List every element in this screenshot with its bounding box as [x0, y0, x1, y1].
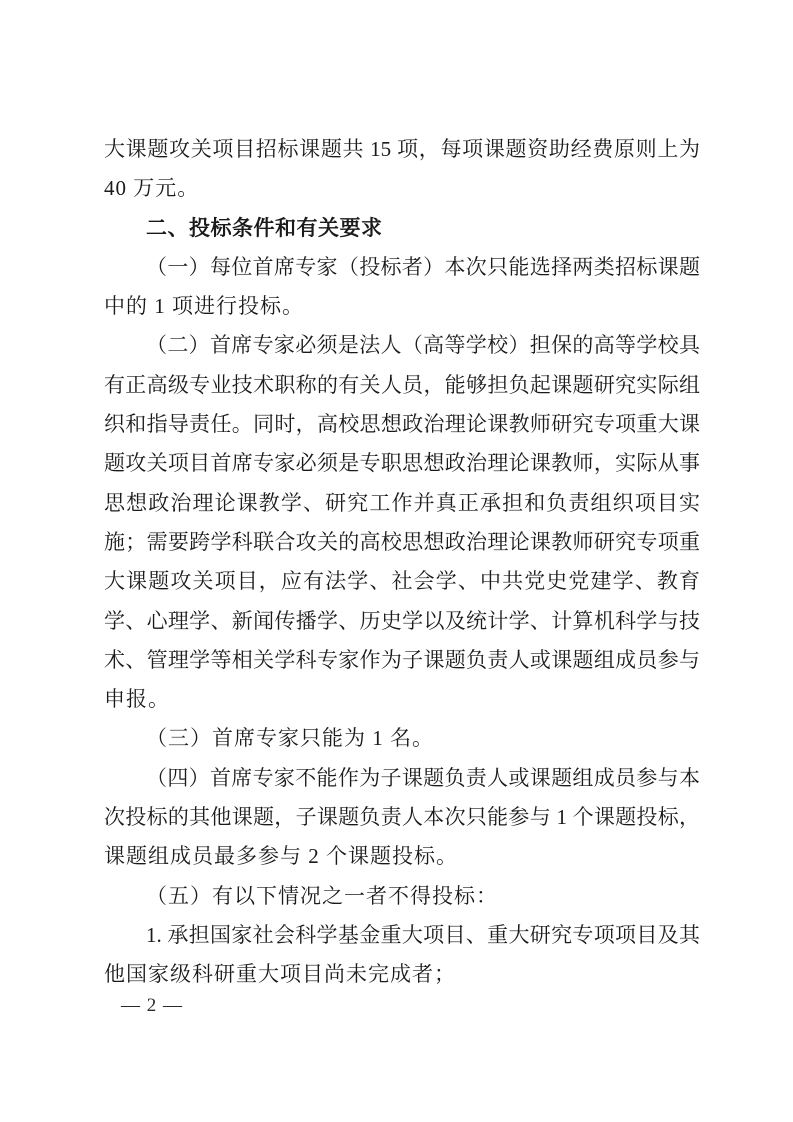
text-line: 1. 承担国家社会科学基金重大项目、重大研究专项项目及其: [104, 916, 700, 955]
text-line: 思想政治理论课教学、研究工作并真正承担和负责组织项目实: [104, 484, 700, 523]
section-heading: 二、投标条件和有关要求: [104, 209, 700, 248]
text-line: 次投标的其他课题，子课题负责人本次只能参与 1 个课题投标，: [104, 798, 700, 837]
text-line: 术、管理学等相关学科专家作为子课题负责人或课题组成员参与: [104, 641, 700, 680]
text-line: （五）有以下情况之一者不得投标：: [104, 877, 700, 916]
text-line: （二）首席专家必须是法人（高等学校）担保的高等学校具: [104, 326, 700, 365]
text-line: （一）每位首席专家（投标者）本次只能选择两类招标课题: [104, 248, 700, 287]
text-line: （四）首席专家不能作为子课题负责人或课题组成员参与本: [104, 759, 700, 798]
text-line: 织和指导责任。同时，高校思想政治理论课教师研究专项重大课: [104, 405, 700, 444]
document-text-block: 大课题攻关项目招标课题共 15 项，每项课题资助经费原则上为40 万元。二、投标…: [104, 130, 700, 995]
text-line: 学、心理学、新闻传播学、历史学以及统计学、计算机科学与技: [104, 602, 700, 641]
text-line: 大课题攻关项目招标课题共 15 项，每项课题资助经费原则上为: [104, 130, 700, 169]
text-line: 大课题攻关项目，应有法学、社会学、中共党史党建学、教育: [104, 562, 700, 601]
text-line: 中的 1 项进行投标。: [104, 287, 700, 326]
page-number: — 2 —: [121, 993, 183, 1019]
text-line: 有正高级专业技术职称的有关人员，能够担负起课题研究实际组: [104, 366, 700, 405]
text-line: 他国家级科研重大项目尚未完成者；: [104, 955, 700, 994]
document-page: 大课题攻关项目招标课题共 15 项，每项课题资助经费原则上为40 万元。二、投标…: [0, 0, 793, 1122]
text-line: 施；需要跨学科联合攻关的高校思想政治理论课教师研究专项重: [104, 523, 700, 562]
text-line: 题攻关项目首席专家必须是专职思想政治理论课教师，实际从事: [104, 444, 700, 483]
text-line: 课题组成员最多参与 2 个课题投标。: [104, 837, 700, 876]
text-line: 申报。: [104, 680, 700, 719]
text-line: 40 万元。: [104, 169, 700, 208]
text-line: （三）首席专家只能为 1 名。: [104, 719, 700, 758]
